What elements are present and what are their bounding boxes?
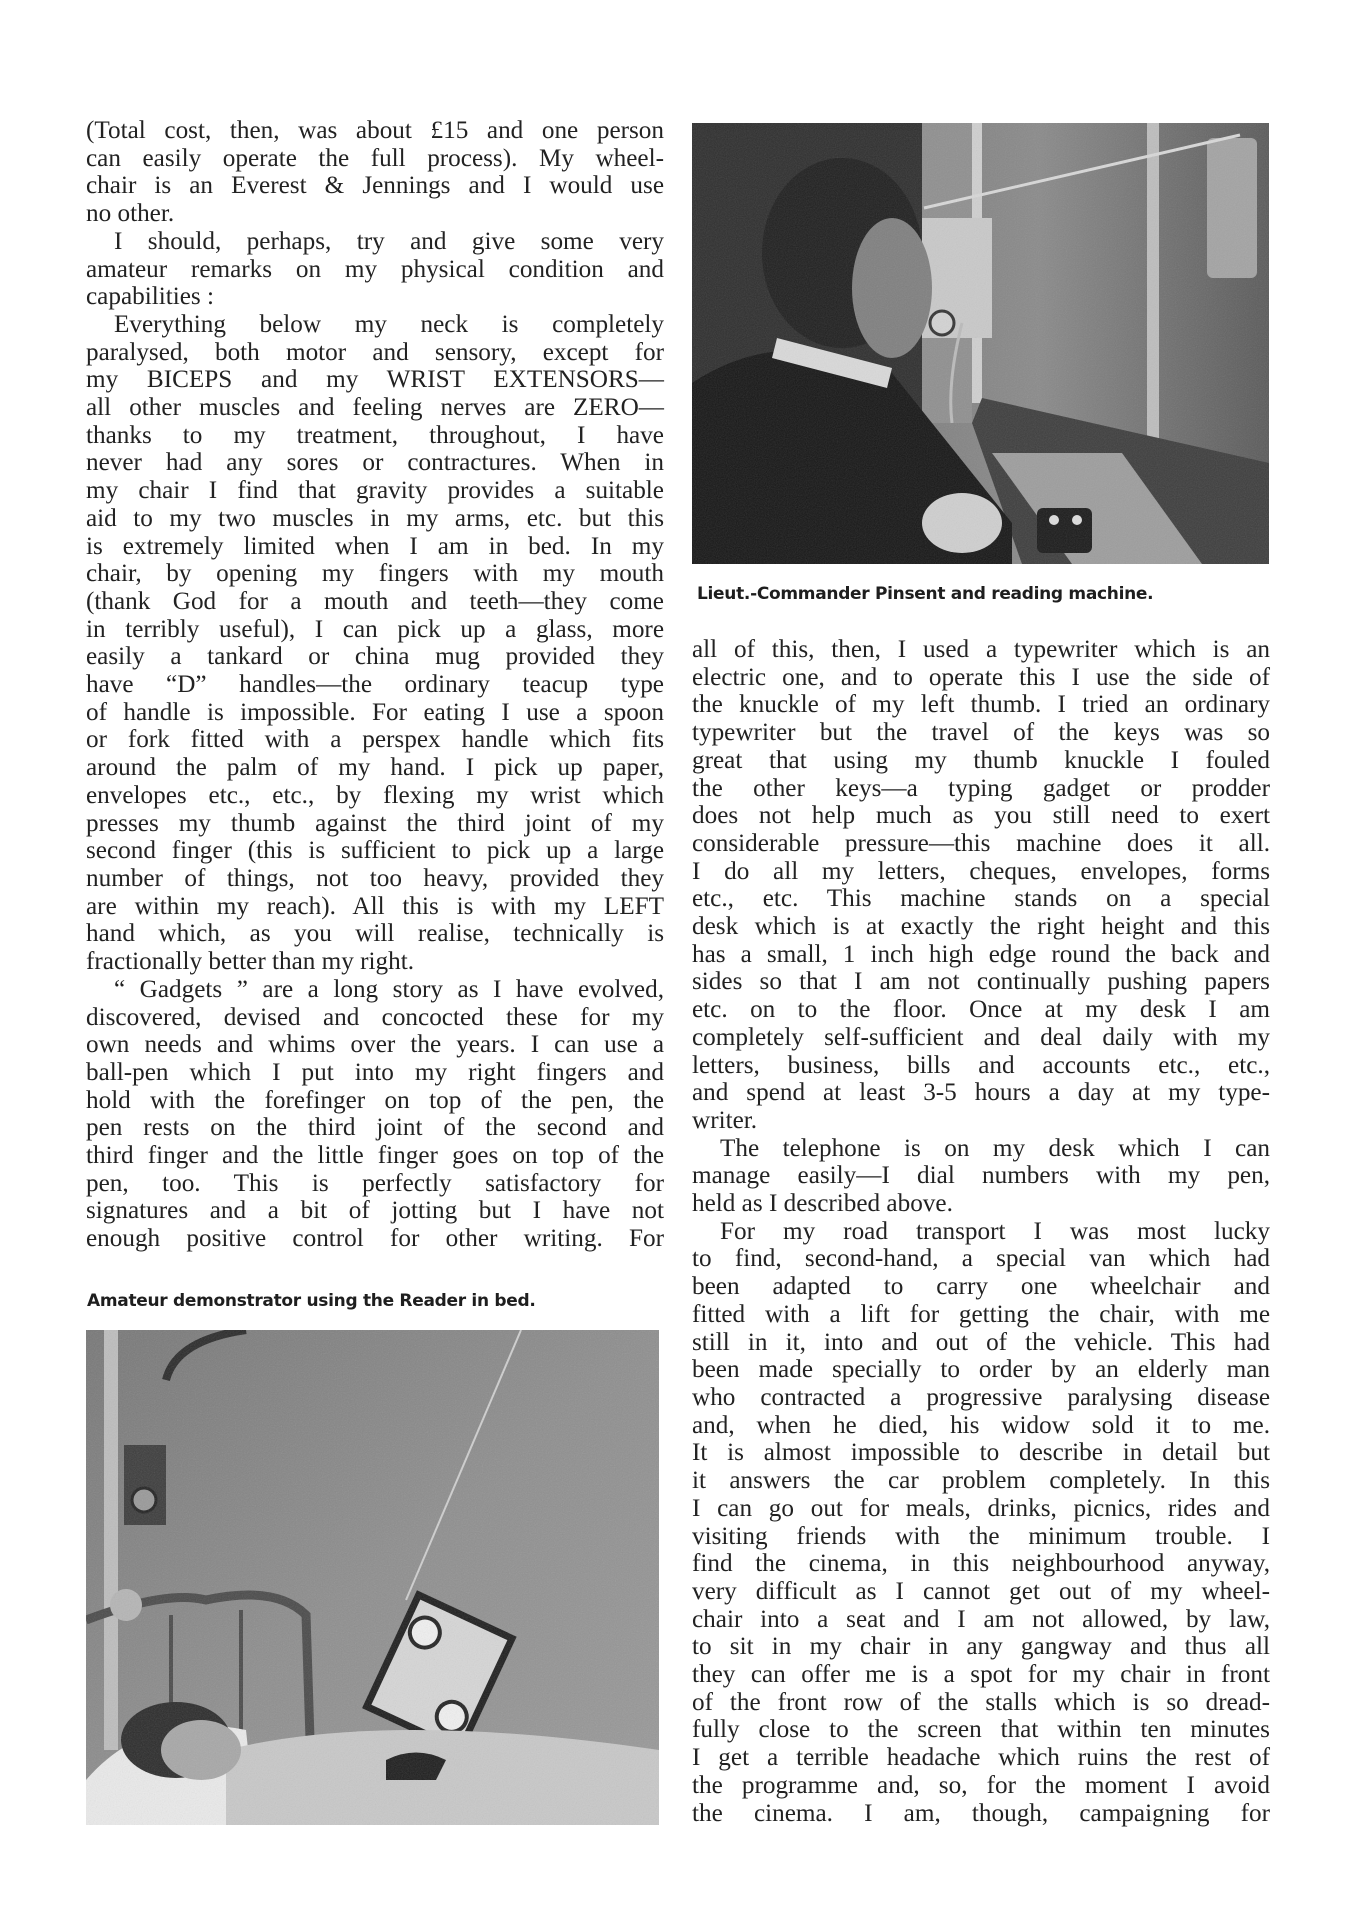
text-line: fitted with a lift for getting the chair… (692, 1301, 1270, 1329)
text-line: it answers the car problem completely. I… (692, 1467, 1270, 1495)
text-line: hold with the forefinger on top of the p… (86, 1087, 664, 1115)
photo-bed-illustration (86, 1330, 659, 1825)
text-line: It is almost impossible to describe in d… (692, 1439, 1270, 1467)
text-line: visiting friends with the minimum troubl… (692, 1523, 1270, 1551)
text-line: to sit in my chair in any gangway and th… (692, 1633, 1270, 1661)
text-line: enough positive control for other writin… (86, 1225, 664, 1253)
text-line: I can go out for meals, drinks, picnics,… (692, 1495, 1270, 1523)
text-line: or fork fitted with a perspex handle whi… (86, 726, 664, 754)
text-line: chair, by opening my fingers with my mou… (86, 560, 664, 588)
text-line: they can offer me is a spot for my chair… (692, 1661, 1270, 1689)
text-line: chair into a seat and I am not allowed, … (692, 1606, 1270, 1634)
text-line: fully close to the screen that within te… (692, 1716, 1270, 1744)
text-line: in terribly useful), I can pick up a gla… (86, 616, 664, 644)
text-line: held as I described above. (692, 1190, 1270, 1218)
text-line: paralysed, both motor and sensory, excep… (86, 339, 664, 367)
text-line: and spend at least 3-5 hours a day at my… (692, 1079, 1270, 1107)
figure-caption-bottom: Amateur demonstrator using the Reader in… (87, 1291, 536, 1311)
text-line: electric one, and to operate this I use … (692, 664, 1270, 692)
text-line: of handle is impossible. For eating I us… (86, 699, 664, 727)
text-line: and, when he died, his widow sold it to … (692, 1412, 1270, 1440)
text-line: all of this, then, I used a typewriter w… (692, 636, 1270, 664)
text-line: letters, business, bills and accounts et… (692, 1052, 1270, 1080)
text-line: typewriter but the travel of the keys wa… (692, 719, 1270, 747)
text-line: envelopes etc., etc., by flexing my wris… (86, 782, 664, 810)
text-line: “ Gadgets ” are a long story as I have e… (86, 976, 664, 1004)
text-line: fractionally better than my right. (86, 948, 664, 976)
text-line: thanks to my treatment, throughout, I ha… (86, 422, 664, 450)
text-line: writer. (692, 1107, 1270, 1135)
text-line: (Total cost, then, was about £15 and one… (86, 117, 664, 145)
text-line: The telephone is on my desk which I can (692, 1135, 1270, 1163)
article-column-left: (Total cost, then, was about £15 and one… (86, 117, 664, 1253)
text-line: signatures and a bit of jotting but I ha… (86, 1197, 664, 1225)
photo-reading-machine-desk (692, 123, 1269, 564)
text-line: never had any sores or contractures. Whe… (86, 449, 664, 477)
text-line: find the cinema, in this neighbourhood a… (692, 1550, 1270, 1578)
text-line: been made specially to order by an elder… (692, 1356, 1270, 1384)
text-line: third finger and the little finger goes … (86, 1142, 664, 1170)
text-line: own needs and whims over the years. I ca… (86, 1031, 664, 1059)
text-line: manage easily—I dial numbers with my pen… (692, 1162, 1270, 1190)
paragraph: For my road transport I was most lucky t… (692, 1218, 1270, 1827)
text-line: capabilities : (86, 283, 664, 311)
text-line: still in it, into and out of the vehicle… (692, 1329, 1270, 1357)
text-line: amateur remarks on my physical condition… (86, 256, 664, 284)
text-line: easily a tankard or china mug provided t… (86, 643, 664, 671)
text-line: presses my thumb against the third joint… (86, 810, 664, 838)
text-line: hand which, as you will realise, technic… (86, 920, 664, 948)
photo-reader-in-bed (86, 1330, 659, 1825)
text-line: etc. on to the floor. Once at my desk I … (692, 996, 1270, 1024)
text-line: completely self-sufficient and deal dail… (692, 1024, 1270, 1052)
text-line: very difficult as I cannot get out of my… (692, 1578, 1270, 1606)
text-line: discovered, devised and concocted these … (86, 1004, 664, 1032)
text-line: desk which is at exactly the right heigh… (692, 913, 1270, 941)
text-line: For my road transport I was most lucky (692, 1218, 1270, 1246)
text-line: ball-pen which I put into my right finge… (86, 1059, 664, 1087)
text-line: the cinema. I am, though, campaigning fo… (692, 1800, 1270, 1828)
text-line: pen, too. This is perfectly satisfactory… (86, 1170, 664, 1198)
text-line: great that using my thumb knuckle I foul… (692, 747, 1270, 775)
text-line: does not help much as you still need to … (692, 802, 1270, 830)
text-line: been adapted to carry one wheelchair and (692, 1273, 1270, 1301)
text-line: can easily operate the full process). My… (86, 145, 664, 173)
text-line: number of things, not too heavy, provide… (86, 865, 664, 893)
paragraph: (Total cost, then, was about £15 and one… (86, 117, 664, 228)
text-line: etc., etc. This machine stands on a spec… (692, 885, 1270, 913)
text-line: chair is an Everest & Jennings and I wou… (86, 172, 664, 200)
paragraph: I should, perhaps, try and give some ver… (86, 228, 664, 311)
text-line: I do all my letters, cheques, envelopes,… (692, 858, 1270, 886)
text-line: aid to my two muscles in my arms, etc. b… (86, 505, 664, 533)
text-line: the programme and, so, for the moment I … (692, 1772, 1270, 1800)
text-line: all other muscles and feeling nerves are… (86, 394, 664, 422)
text-line: second finger (this is sufficient to pic… (86, 837, 664, 865)
text-line: who contracted a progressive paralysing … (692, 1384, 1270, 1412)
text-line: I get a terrible headache which ruins th… (692, 1744, 1270, 1772)
text-line: I should, perhaps, try and give some ver… (86, 228, 664, 256)
paragraph: all of this, then, I used a typewriter w… (692, 636, 1270, 1135)
text-line: has a small, 1 inch high edge round the … (692, 941, 1270, 969)
paragraph: “ Gadgets ” are a long story as I have e… (86, 976, 664, 1253)
text-line: (thank God for a mouth and teeth—they co… (86, 588, 664, 616)
text-line: sides so that I am not continually pushi… (692, 968, 1270, 996)
text-line: are within my reach). All this is with m… (86, 893, 664, 921)
text-line: the knuckle of my left thumb. I tried an… (692, 691, 1270, 719)
figure-caption-top: Lieut.-Commander Pinsent and reading mac… (697, 584, 1153, 604)
text-line: have “D” handles—the ordinary teacup typ… (86, 671, 664, 699)
paragraph: Everything below my neck is completely p… (86, 311, 664, 976)
text-line: my BICEPS and my WRIST EXTENSORS— (86, 366, 664, 394)
article-column-right: all of this, then, I used a typewriter w… (692, 636, 1270, 1827)
text-line: my chair I find that gravity provides a … (86, 477, 664, 505)
photo-desk-illustration (692, 123, 1269, 564)
text-line: around the palm of my hand. I pick up pa… (86, 754, 664, 782)
paragraph: The telephone is on my desk which I can … (692, 1135, 1270, 1218)
text-line: Everything below my neck is completely (86, 311, 664, 339)
text-line: pen rests on the third joint of the seco… (86, 1114, 664, 1142)
text-line: the other keys—a typing gadget or prodde… (692, 775, 1270, 803)
text-line: of the front row of the stalls which is … (692, 1689, 1270, 1717)
text-line: to find, second-hand, a special van whic… (692, 1245, 1270, 1273)
text-line: no other. (86, 200, 664, 228)
text-line: considerable pressure—this machine does … (692, 830, 1270, 858)
text-line: is extremely limited when I am in bed. I… (86, 533, 664, 561)
